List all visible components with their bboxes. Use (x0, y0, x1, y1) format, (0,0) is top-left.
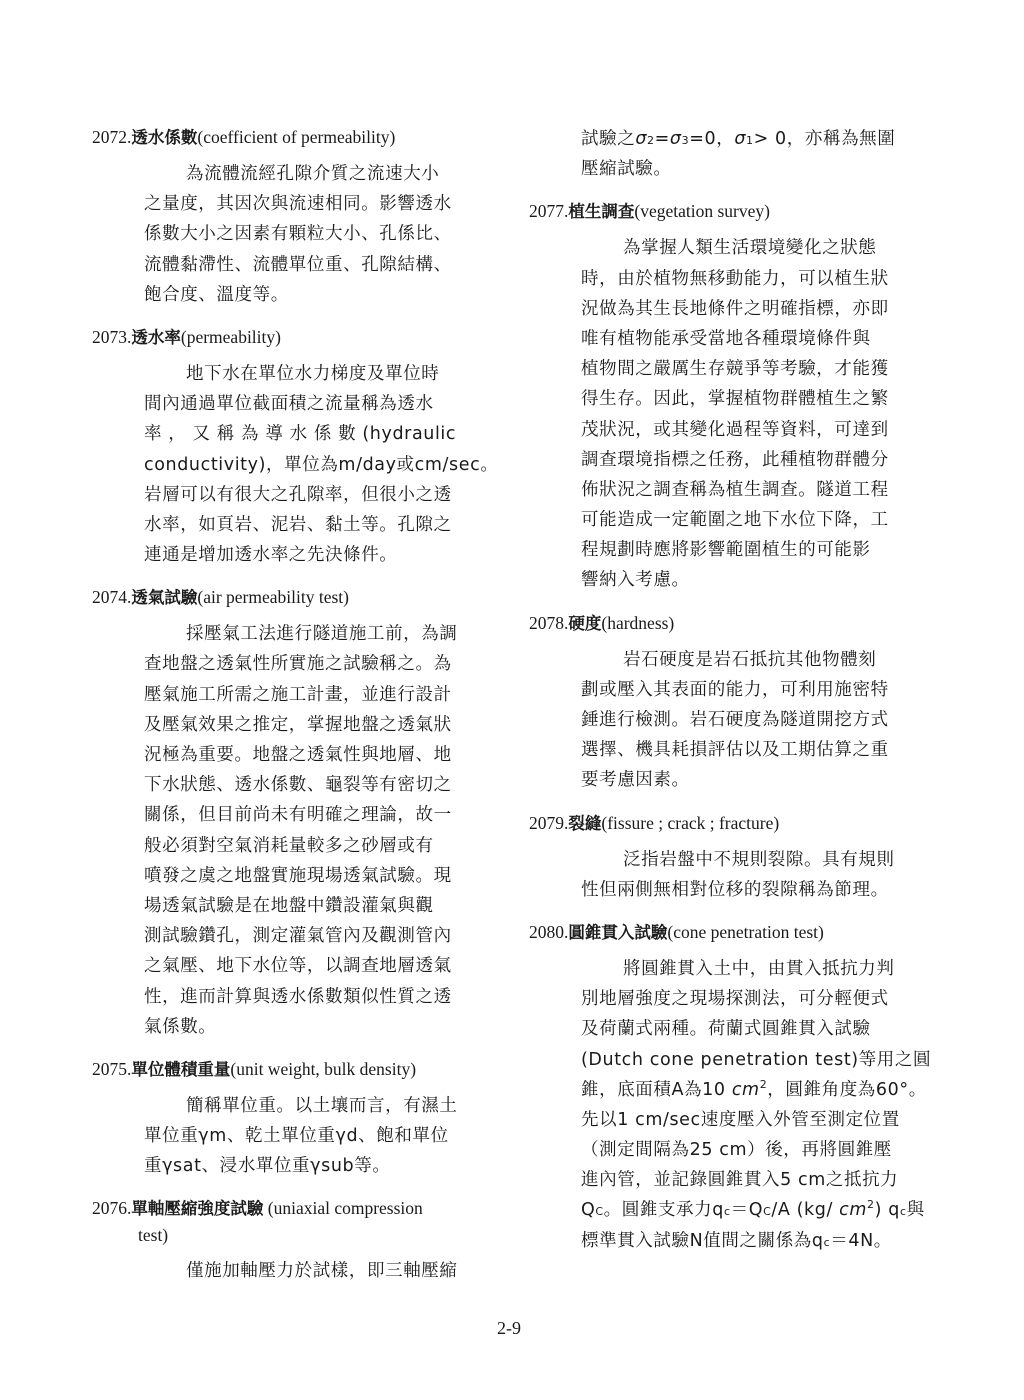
body-line: 簡稱單位重。以土壤而言，有濕土 (144, 1091, 502, 1121)
subscript: 2 (647, 134, 655, 147)
left-column: 2072.透水係數(coefficient of permeability) 為… (92, 124, 502, 1287)
entry-english: (fissure ; crack ; fracture) (601, 813, 779, 833)
body-line-formula: 標準貫入試驗N值間之關係為qc＝4N。 (581, 1226, 939, 1256)
spacer (92, 1181, 502, 1195)
body-line: 調查環境指標之任務，此種植物群體分 (581, 445, 939, 475)
entry-number: 2080. (529, 922, 568, 942)
subscript: C (595, 1205, 603, 1218)
entry-heading: 2078.硬度(hardness) (529, 610, 939, 637)
subscript: c (900, 1205, 907, 1218)
body-line: 測試驗鑽孔，測定灌氣管內及觀測管內 (144, 921, 502, 951)
spacer (92, 1042, 502, 1056)
sigma-symbol: σ (734, 129, 746, 149)
entry-number: 2072. (92, 127, 131, 147)
text: ，圓錐角度為60°。 (767, 1080, 927, 1100)
text: ＝Q (731, 1200, 763, 1220)
body-line: 植物間之嚴厲生存競爭等考驗，才能獲 (581, 354, 939, 384)
entry-body: 將圓錐貫入土中，由貫入抵抗力判 別地層強度之現場探測法，可分輕便式 及荷蘭式兩種… (581, 954, 939, 1256)
body-line: 單位重γm、乾土單位重γd、飽和單位 (144, 1121, 502, 1151)
glossary-entry-2076-continued: 試驗之σ2=σ3=0，σ1> 0，亦稱為無圍 壓縮試驗。 (529, 124, 939, 184)
body-line: 為掌握人類生活環境變化之狀態 (581, 233, 939, 263)
glossary-entry-2073: 2073.透水率(permeability) 地下水在單位水力梯度及單位時 間內… (92, 324, 502, 570)
text: =0， (689, 129, 734, 149)
text: ＝4N。 (830, 1231, 892, 1251)
body-line: 壓氣施工所需之施工計畫，並進行設計 (144, 680, 502, 710)
sigma-symbol: σ (635, 129, 647, 149)
text: 與 (907, 1200, 925, 1220)
glossary-entry-2076: 2076.單軸壓縮強度試驗 (uniaxial compression test… (92, 1195, 502, 1286)
body-line: 下水狀態、透水係數、龜裂等有密切之 (144, 770, 502, 800)
unit: cm (732, 1080, 760, 1100)
body-line: 關係，但目前尚未有明確之理論，故一 (144, 800, 502, 830)
body-line: 間內通過單位截面積之流量稱為透水 (144, 389, 502, 419)
entry-body: 為流體流經孔隙介質之流速大小 之量度，其因次與流速相同。影響透水 係數大小之因素… (144, 159, 502, 310)
body-line: 流體黏滯性、流體單位重、孔隙結構、 (144, 250, 502, 280)
body-line: 時，由於植物無移動能力，可以植生狀 (581, 264, 939, 294)
body-line: 劃或壓入其表面的能力，可利用施密特 (581, 675, 939, 705)
glossary-entry-2078: 2078.硬度(hardness) 岩石硬度是岩石抵抗其他物體刻 劃或壓入其表面… (529, 610, 939, 796)
body-line: 噴發之虞之地盤實施現場透氣試驗。現 (144, 861, 502, 891)
document-page: 2072.透水係數(coefficient of permeability) 為… (0, 0, 1024, 1400)
entry-english: (uniaxial compression (263, 1198, 422, 1218)
sigma-symbol: σ (670, 129, 682, 149)
body-line: 況極為重要。地盤之透氣性與地層、地 (144, 740, 502, 770)
entry-heading: 2074.透氣試驗(air permeability test) (92, 584, 502, 611)
entry-body: 地下水在單位水力梯度及單位時 間內通過單位截面積之流量稱為透水 率 ， 又 稱 … (144, 359, 502, 570)
body-line-formula: 錐，底面積A為10 cm2，圓錐角度為60°。 (581, 1075, 939, 1105)
body-line: 性但兩側無相對位移的裂隙稱為節理。 (581, 875, 939, 905)
entry-number: 2074. (92, 587, 131, 607)
body-line: 重γsat、浸水單位重γsub等。 (144, 1151, 502, 1181)
body-line: 水率，如頁岩、泥岩、黏土等。孔隙之 (144, 510, 502, 540)
body-line: 係數大小之因素有顆粒大小、孔係比、 (144, 219, 502, 249)
entry-body: 泛指岩盤中不規則裂隙。具有規則 性但兩側無相對位移的裂隙稱為節理。 (581, 845, 939, 905)
entry-number: 2077. (529, 201, 568, 221)
body-line-formula: QC。圓錐支承力qc＝QC/A (kg/ cm2) qc與 (581, 1195, 939, 1225)
body-line: 性，進而計算與透水係數類似性質之透 (144, 982, 502, 1012)
entry-heading: 2080.圓錐貫入試驗(cone penetration test) (529, 919, 939, 946)
text: = (655, 129, 670, 149)
body-line: 唯有植物能承受當地各種環境條件與 (581, 324, 939, 354)
entry-number: 2075. (92, 1059, 131, 1079)
body-line: (Dutch cone penetration test)等用之圓 (581, 1045, 939, 1075)
entry-english: (vegetation survey) (634, 201, 770, 221)
entry-body: 試驗之σ2=σ3=0，σ1> 0，亦稱為無圍 壓縮試驗。 (581, 124, 939, 184)
entry-number: 2073. (92, 327, 131, 347)
entry-english: (air permeability test) (197, 587, 349, 607)
entry-heading: 2076.單軸壓縮強度試驗 (uniaxial compression test… (92, 1195, 502, 1248)
body-line: 岩石硬度是岩石抵抗其他物體刻 (581, 645, 939, 675)
entry-term: 圓錐貫入試驗 (568, 923, 667, 942)
body-line: 得生存。因此，掌握植物群體植生之繁 (581, 384, 939, 414)
entry-number: 2078. (529, 613, 568, 633)
text: 錐，底面積A為10 (581, 1080, 732, 1100)
body-line: 別地層強度之現場探測法，可分輕便式 (581, 984, 939, 1014)
body-line: 率 ， 又 稱 為 導 水 係 數 (hydraulic (144, 419, 502, 449)
subscript: 1 (746, 134, 754, 147)
body-line: 般必須對空氣消耗量較多之砂層或有 (144, 831, 502, 861)
body-line: 程規劃時應將影響範圍植生的可能影 (581, 535, 939, 565)
body-line: 要考慮因素。 (581, 765, 939, 795)
entry-body: 採壓氣工法進行隧道施工前，為調 查地盤之透氣性所實施之試驗稱之。為 壓氣施工所需… (144, 619, 502, 1042)
entry-term: 單軸壓縮強度試驗 (131, 1199, 263, 1218)
superscript: 2 (867, 1199, 875, 1212)
entry-number: 2079. (529, 813, 568, 833)
subscript: c (724, 1205, 731, 1218)
body-line: 泛指岩盤中不規則裂隙。具有規則 (581, 845, 939, 875)
body-line: 可能造成一定範圍之地下水位下降，工 (581, 505, 939, 535)
body-line: 僅施加軸壓力於試樣，即三軸壓縮 (144, 1256, 502, 1286)
entry-heading: 2072.透水係數(coefficient of permeability) (92, 124, 502, 151)
entry-term: 單位體積重量 (131, 1060, 230, 1079)
body-line-formula: 試驗之σ2=σ3=0，σ1> 0，亦稱為無圍 (581, 124, 939, 154)
page-number: 2-9 (497, 1318, 521, 1339)
spacer (529, 184, 939, 198)
entry-english-continued: test) (92, 1222, 502, 1248)
body-line: 及壓氣效果之推定，掌握地盤之透氣狀 (144, 710, 502, 740)
body-line: 進內管，並記錄圓錐貫入5 cm之抵抗力 (581, 1165, 939, 1195)
spacer (529, 796, 939, 810)
body-line: 採壓氣工法進行隧道施工前，為調 (144, 619, 502, 649)
entry-english: (permeability) (181, 327, 281, 347)
spacer (529, 905, 939, 919)
entry-number: 2076. (92, 1198, 131, 1218)
text: /A (kg/ (771, 1200, 839, 1220)
body-line: 之量度，其因次與流速相同。影響透水 (144, 189, 502, 219)
body-line: 佈狀況之調查稱為植生調查。隧道工程 (581, 475, 939, 505)
body-line: 響納入考慮。 (581, 565, 939, 595)
body-line: 查地盤之透氣性所實施之試驗稱之。為 (144, 649, 502, 679)
glossary-entry-2075: 2075.單位體積重量(unit weight, bulk density) 簡… (92, 1056, 502, 1182)
body-line: 況做為其生長地條件之明確指標，亦即 (581, 294, 939, 324)
body-line: conductivity)，單位為m/day或cm/sec。 (144, 450, 502, 480)
spacer (92, 570, 502, 584)
body-line: 錘進行檢測。岩石硬度為隧道開挖方式 (581, 705, 939, 735)
entry-term: 硬度 (568, 614, 601, 633)
entry-english: (unit weight, bulk density) (230, 1059, 416, 1079)
body-line: 先以1 cm/sec速度壓入外管至測定位置 (581, 1105, 939, 1135)
glossary-entry-2072: 2072.透水係數(coefficient of permeability) 為… (92, 124, 502, 310)
body-line: 及荷蘭式兩種。荷蘭式圓錐貫入試驗 (581, 1014, 939, 1044)
text: 標準貫入試驗N值間之關係為q (581, 1231, 824, 1251)
body-line: 氣係數。 (144, 1012, 502, 1042)
text: Q (581, 1200, 595, 1220)
glossary-entry-2080: 2080.圓錐貫入試驗(cone penetration test) 將圓錐貫入… (529, 919, 939, 1256)
spacer (92, 310, 502, 324)
entry-body: 簡稱單位重。以土壤而言，有濕土 單位重γm、乾土單位重γd、飽和單位 重γsat… (144, 1091, 502, 1182)
entry-body: 岩石硬度是岩石抵抗其他物體刻 劃或壓入其表面的能力，可利用施密特 錘進行檢測。岩… (581, 645, 939, 796)
body-line: 將圓錐貫入土中，由貫入抵抗力判 (581, 954, 939, 984)
entry-term: 植生調查 (568, 202, 634, 221)
body-line: 茂狀況，或其變化過程等資料，可達到 (581, 415, 939, 445)
entry-heading: 2073.透水率(permeability) (92, 324, 502, 351)
entry-term: 透水係數 (131, 128, 197, 147)
glossary-entry-2079: 2079.裂縫(fissure ; crack ; fracture) 泛指岩盤… (529, 810, 939, 905)
unit: cm (839, 1200, 867, 1220)
entry-heading: 2079.裂縫(fissure ; crack ; fracture) (529, 810, 939, 837)
entry-term: 透水率 (131, 328, 181, 347)
text: > 0，亦稱為無圍 (754, 129, 896, 149)
body-line: 為流體流經孔隙介質之流速大小 (144, 159, 502, 189)
spacer (529, 596, 939, 610)
entry-heading: 2075.單位體積重量(unit weight, bulk density) (92, 1056, 502, 1083)
body-line: 選擇、機具耗損評估以及工期估算之重 (581, 735, 939, 765)
body-line: 之氣壓、地下水位等，以調查地層透氣 (144, 951, 502, 981)
text: ) q (875, 1200, 900, 1220)
body-line: 連通是增加透水率之先決條件。 (144, 540, 502, 570)
entry-english: (coefficient of permeability) (197, 127, 395, 147)
entry-term: 裂縫 (568, 814, 601, 833)
body-line: 地下水在單位水力梯度及單位時 (144, 359, 502, 389)
body-line: 場透氣試驗是在地盤中鑽設灌氣與觀 (144, 891, 502, 921)
body-line: 壓縮試驗。 (581, 154, 939, 184)
text: 。圓錐支承力q (604, 1200, 724, 1220)
entry-body: 僅施加軸壓力於試樣，即三軸壓縮 (144, 1256, 502, 1286)
body-line: （測定間隔為25 cm）後，再將圓錐壓 (581, 1135, 939, 1165)
glossary-entry-2077: 2077.植生調查(vegetation survey) 為掌握人類生活環境變化… (529, 198, 939, 595)
entry-heading: 2077.植生調查(vegetation survey) (529, 198, 939, 225)
body-line: 飽合度、溫度等。 (144, 280, 502, 310)
entry-body: 為掌握人類生活環境變化之狀態 時，由於植物無移動能力，可以植生狀 況做為其生長地… (581, 233, 939, 595)
body-line: 岩層可以有很大之孔隙率，但很小之透 (144, 480, 502, 510)
glossary-entry-2074: 2074.透氣試驗(air permeability test) 採壓氣工法進行… (92, 584, 502, 1042)
entry-term: 透氣試驗 (131, 588, 197, 607)
entry-english: (hardness) (601, 613, 674, 633)
right-column: 試驗之σ2=σ3=0，σ1> 0，亦稱為無圍 壓縮試驗。 2077.植生調查(v… (529, 124, 939, 1256)
text: 試驗之 (581, 129, 635, 149)
entry-english: (cone penetration test) (667, 922, 823, 942)
